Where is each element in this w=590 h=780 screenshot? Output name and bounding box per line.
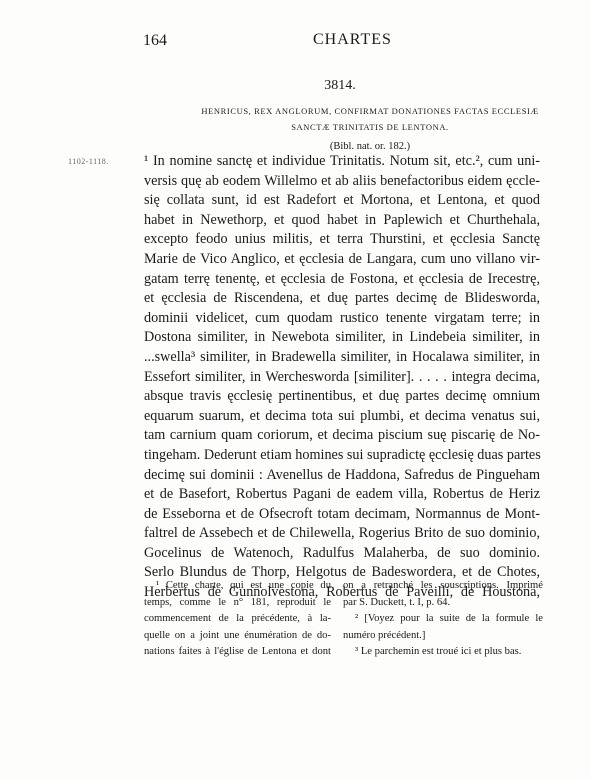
text-line: de Esseborna et de Ofsecroft totam decim… — [144, 505, 540, 525]
page-number: 164 — [143, 32, 167, 50]
text-line: Marie de Vico Anglico, et ęcclesia de La… — [144, 250, 540, 270]
footnote-line: nations faites à l'église de Lentona et … — [144, 644, 331, 661]
footnotes-right-column: on a retranché les souscriptions. Imprim… — [343, 578, 543, 661]
footnote-line: commencement de la précédente, à la- — [144, 611, 331, 628]
text-line: gatam terrę tenentę, et ęcclesia de Fost… — [144, 270, 540, 290]
footnote-line: quelle on a joint une énumération de do- — [144, 628, 331, 645]
text-line: tam carnium quam coriorum, et decima pis… — [144, 426, 540, 446]
text-line: et de Basefort, Robertus Pagani de eadem… — [144, 485, 540, 505]
text-line: et ęcclesia de Riscendena, et duę partes… — [144, 289, 540, 309]
text-line: tingeham. Dederunt etiam homines sui sup… — [144, 446, 540, 466]
summary-line: HENRICUS, REX ANGLORUM, CONFIRMAT DONATI… — [170, 103, 570, 119]
footnote-line: par S. Duckett, t. I, p. 64. — [343, 595, 543, 612]
footnote-line: ¹ Cette charte, qui est une copie du — [144, 578, 331, 595]
charter-number: 3814. — [0, 78, 590, 94]
summary-line: SANCTÆ TRINITATIS DE LENTONA. — [170, 119, 570, 135]
running-title: CHARTES — [313, 31, 392, 49]
text-line: absque travis ęcclesię pertinentibus, et… — [144, 387, 540, 407]
footnote-line: on a retranché les souscriptions. Imprim… — [343, 578, 543, 595]
text-line: Essefort similiter, in Werchesworda [sim… — [144, 368, 540, 388]
text-line: ...swella³ similiter, in Bradewella simi… — [144, 348, 540, 368]
charter-summary: HENRICUS, REX ANGLORUM, CONFIRMAT DONATI… — [170, 103, 570, 135]
text-line: decimę sui dominii : Avenellus de Haddon… — [144, 466, 540, 486]
charter-date: 1102-1118. — [68, 157, 109, 166]
footnotes-left-column: ¹ Cette charte, qui est une copie du tem… — [144, 578, 331, 661]
charter-source: (Bibl. nat. or. 182.) — [170, 141, 570, 152]
text-line: habet in Newethorp, et quod habet in Pap… — [144, 211, 540, 231]
footnote-line: ² [Voyez pour la suite de la formule le — [343, 611, 543, 628]
text-line: Gocelinus de Watenoch, Radulfus Malaherb… — [144, 544, 540, 564]
footnote-line: ³ Le parchemin est troué ici et plus bas… — [343, 644, 543, 661]
text-line: ¹ In nomine sanctę et individue Trinitat… — [144, 152, 540, 172]
charter-text: ¹ In nomine sanctę et individue Trinitat… — [144, 152, 540, 603]
text-line: się collata sunt, id est Radefort et Mor… — [144, 191, 540, 211]
text-line: Dostona similiter, in Newebota similiter… — [144, 328, 540, 348]
footnote-line: temps, comme le n° 181, reproduit le — [144, 595, 331, 612]
text-line: dominii videlicet, cum quodam rustico te… — [144, 309, 540, 329]
text-line: versis quę ab eodem Willelmo et ab aliis… — [144, 172, 540, 192]
text-line: equarum suarum, et decima tota sui plumb… — [144, 407, 540, 427]
text-line: faltrel de Assebech et de Chilewella, Ro… — [144, 524, 540, 544]
text-line: excepto feodo unius militis, et terra Th… — [144, 230, 540, 250]
footnote-line: numéro précédent.] — [343, 628, 543, 645]
